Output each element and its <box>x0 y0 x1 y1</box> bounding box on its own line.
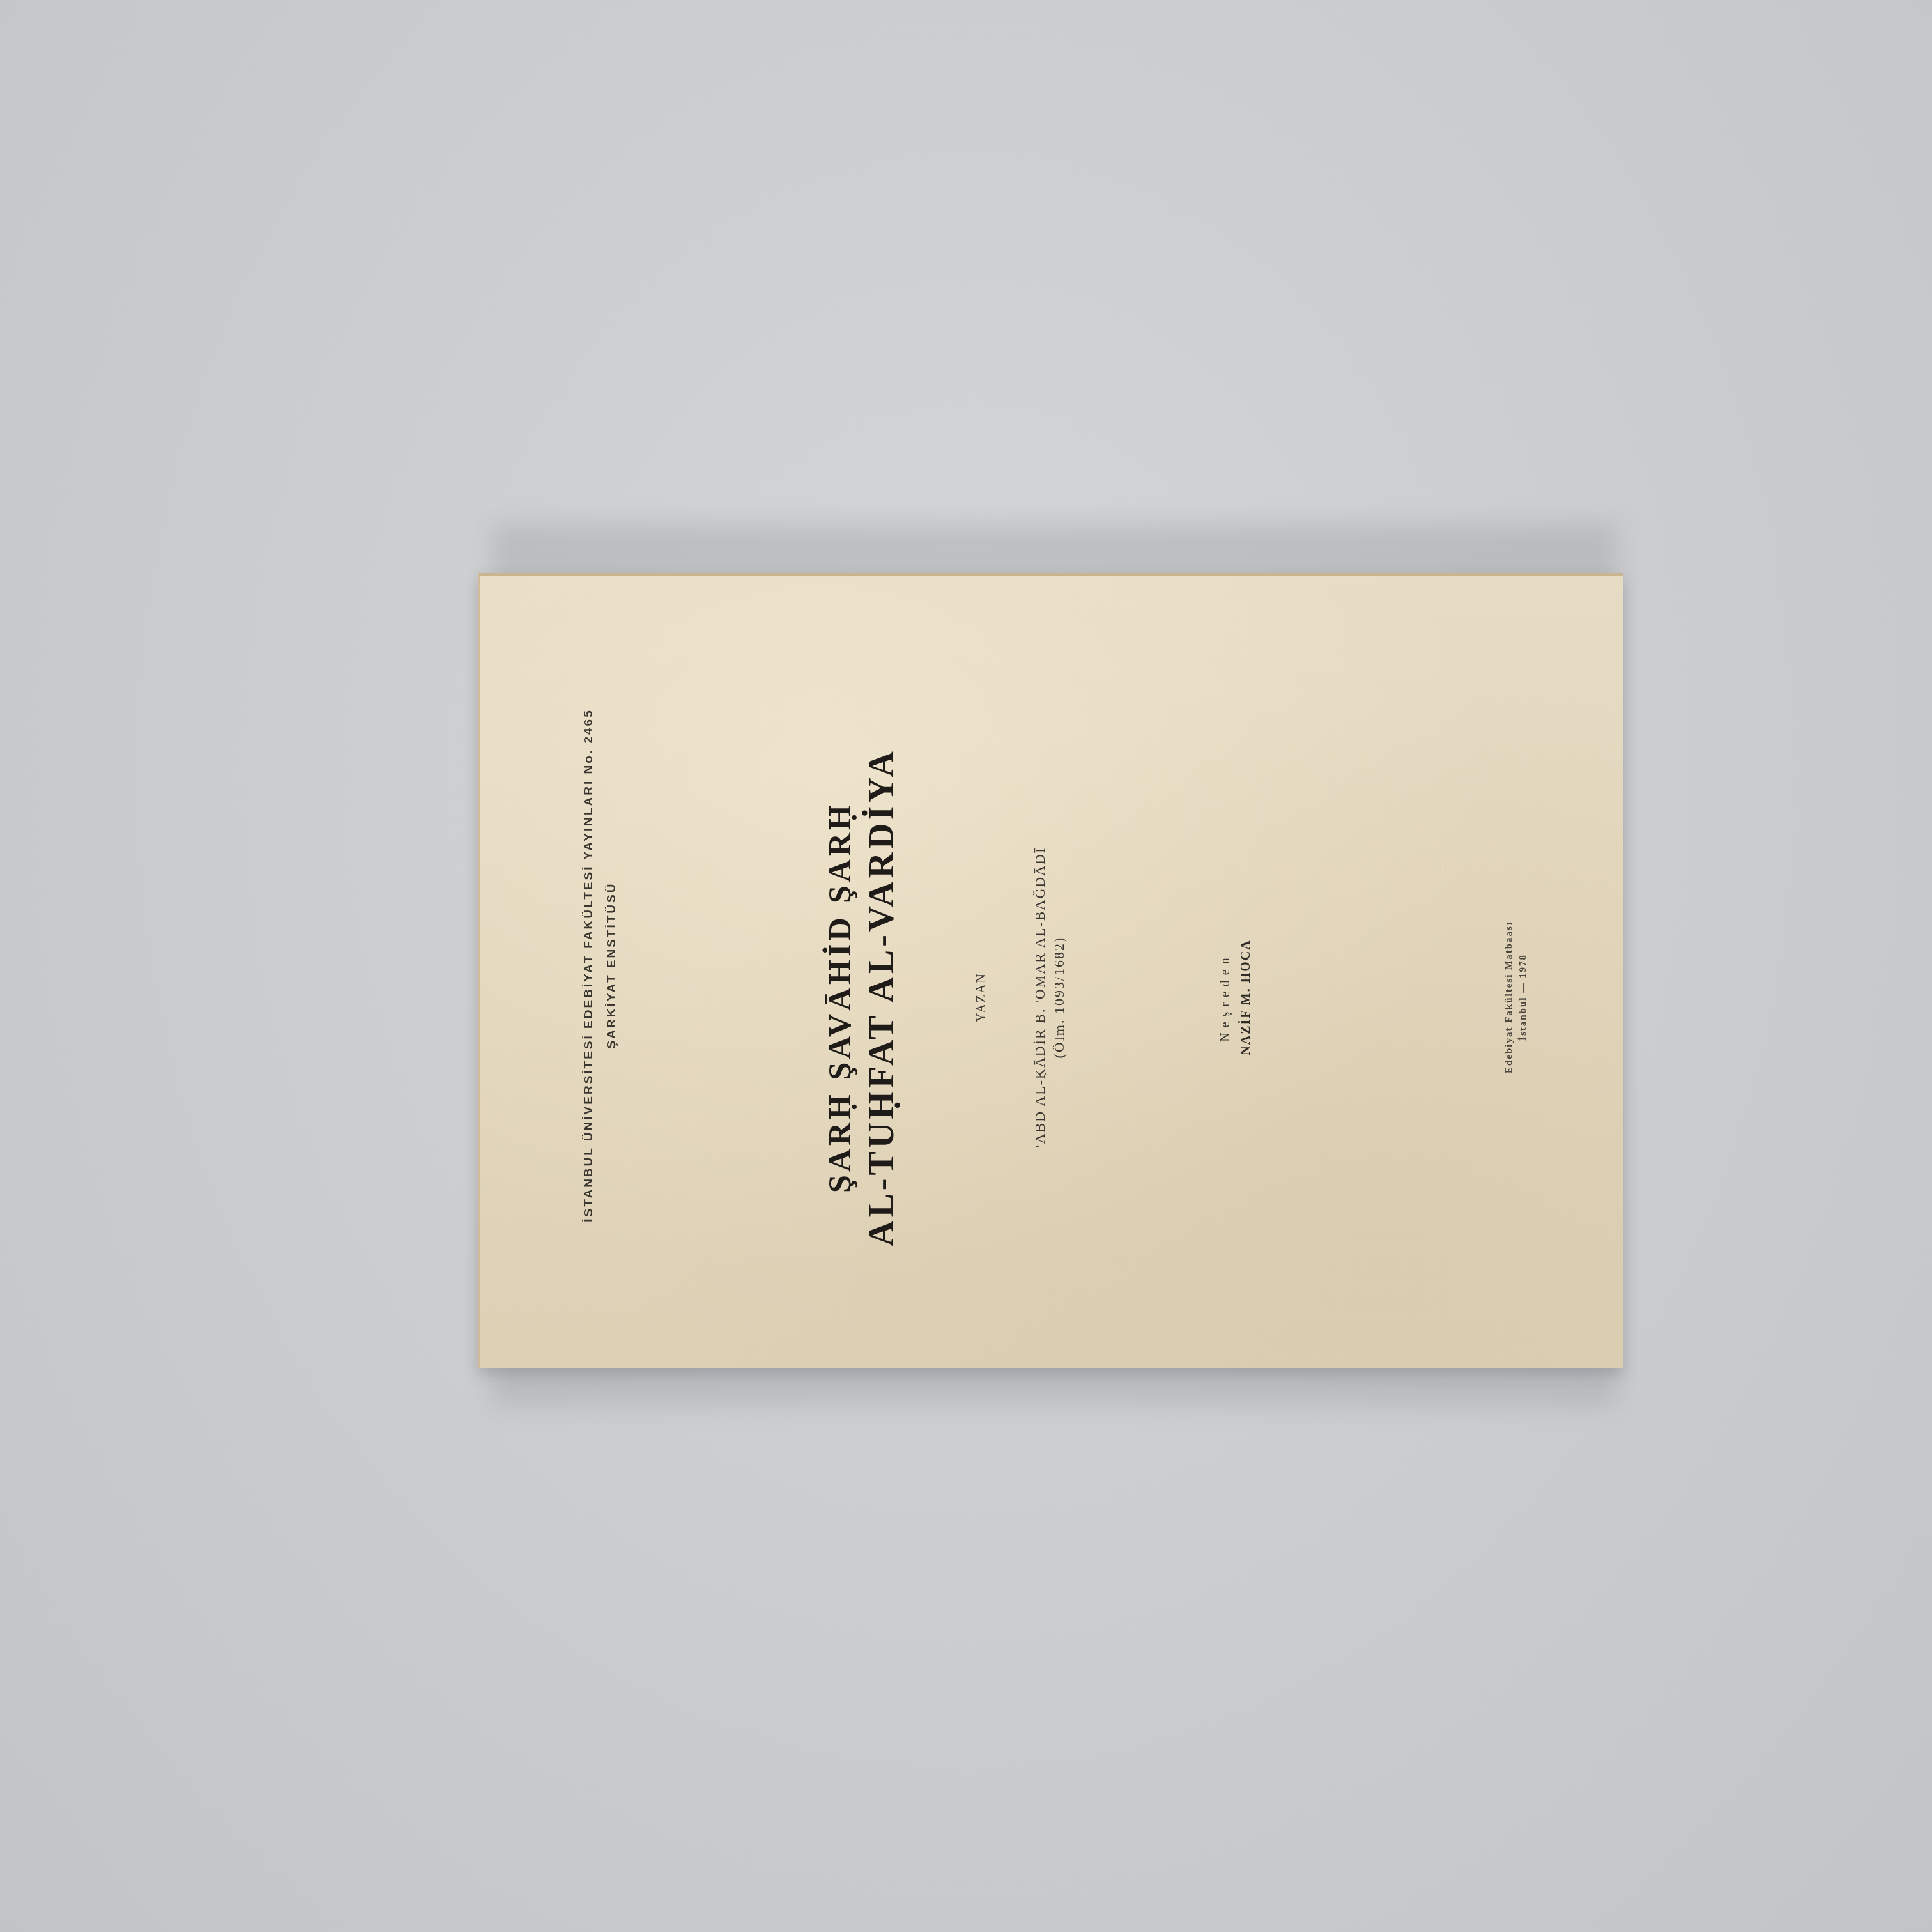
editor-name: NAZİF M. HOCA <box>1239 716 1253 1278</box>
author-block: 'ABD AL-ḲĀDİR B. 'OMAR AL-BAĞDĀDĪ (Ölm. … <box>1031 716 1069 1278</box>
imprint: Edebiyat Fakültesi Matbaası İstanbul — 1… <box>1502 716 1530 1278</box>
series-line-2: ŞARKİYAT ENSTİTÜSÜ <box>605 678 619 1253</box>
editor-label: Neşreden <box>1216 716 1235 1278</box>
imprint-line-1: Edebiyat Fakültesi Matbaası <box>1502 716 1516 1278</box>
title-line-2: AL-TUḤFAT AL-VARDİYA <box>861 716 903 1278</box>
author-name: 'ABD AL-ḲĀDİR B. 'OMAR AL-BAĞDĀDĪ <box>1031 716 1050 1278</box>
series-line-1: İSTANBUL ÜNİVERSİTESİ EDEBİYAT FAKÜLTESİ… <box>582 678 596 1253</box>
imprint-line-2: İstanbul — 1978 <box>1516 716 1530 1278</box>
book-cover: İSTANBUL ÜNİVERSİTESİ EDEBİYAT FAKÜLTESİ… <box>478 573 1623 1368</box>
title-line-1: ŞARḤ ŞAVĀHİD ŞARḤ <box>818 716 861 1278</box>
author-label: YAZAN <box>972 716 991 1278</box>
book-title: ŞARḤ ŞAVĀHİD ŞARḤ AL-TUḤFAT AL-VARDİYA <box>818 716 903 1278</box>
author-dates: (Ölm. 1093/1682) <box>1050 716 1069 1278</box>
series-header: İSTANBUL ÜNİVERSİTESİ EDEBİYAT FAKÜLTESİ… <box>582 678 619 1253</box>
